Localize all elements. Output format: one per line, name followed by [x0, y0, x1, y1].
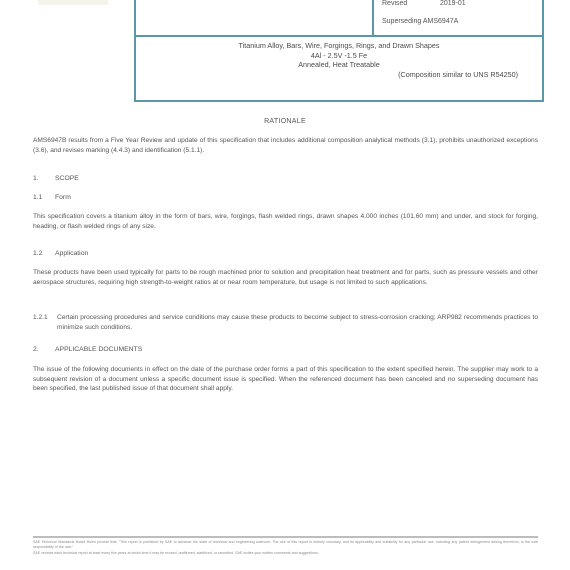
section-1-2-1: 1.2.1 Certain processing procedures and …: [33, 313, 538, 332]
title-line-3: Annealed, Heat Treatable: [136, 60, 542, 70]
section-1-1-heading: 1.1Form: [33, 194, 71, 201]
section-1-2-text: These products have been used typically …: [33, 268, 538, 287]
section-1-1-text: This specification covers a titanium all…: [33, 212, 538, 231]
title-line-4: (Composition similar to UNS R54250): [136, 70, 542, 80]
superseding-row: Superseding AMS6947A: [382, 18, 458, 25]
rationale-heading: RATIONALE: [0, 118, 570, 125]
revised-value: 2019-01: [440, 0, 466, 7]
superseding-label: Superseding: [382, 18, 421, 25]
section-1-2-number: 1.2: [33, 250, 55, 257]
title-line-1: Titanium Alloy, Bars, Wire, Forgings, Ri…: [136, 41, 542, 51]
footer-divider: [33, 536, 538, 538]
section-2-text: The issue of the following documents in …: [33, 365, 538, 394]
header-box: Revised2019-01 Superseding AMS6947A Tita…: [134, 0, 544, 102]
title-line-2: 4Al - 2.5V -1.5 Fe: [136, 51, 542, 61]
revised-label: Revised: [382, 0, 440, 7]
section-1-2-title: Application: [55, 250, 88, 257]
section-2-title: APPLICABLE DOCUMENTS: [55, 346, 142, 353]
section-1-number: 1.: [33, 175, 55, 182]
section-2-number: 2.: [33, 346, 55, 353]
revised-row: Revised2019-01: [382, 0, 466, 7]
document-title: Titanium Alloy, Bars, Wire, Forgings, Ri…: [136, 41, 542, 79]
section-2-heading: 2.APPLICABLE DOCUMENTS: [33, 346, 142, 353]
section-1-2-heading: 1.2Application: [33, 250, 88, 257]
section-1-2-1-text: Certain processing procedures and servic…: [57, 313, 538, 332]
section-1-heading: 1.SCOPE: [33, 175, 79, 182]
section-1-1-title: Form: [55, 194, 71, 201]
sae-logo-fragment: [38, 0, 108, 5]
superseding-value: AMS6947A: [423, 18, 458, 25]
header-top-row: Revised2019-01 Superseding AMS6947A: [136, 0, 542, 37]
document-page: Revised2019-01 Superseding AMS6947A Tita…: [0, 0, 570, 570]
header-divider: [372, 0, 374, 37]
section-1-2-1-number: 1.2.1: [33, 313, 48, 323]
rationale-text: AMS6947B results from a Five Year Review…: [33, 136, 538, 155]
footer-notice-2: SAE reviews each technical report at lea…: [33, 551, 538, 556]
section-1-1-number: 1.1: [33, 194, 55, 201]
section-1-title: SCOPE: [55, 175, 79, 182]
footer-notice-1: SAE Technical Standards Board Rules prov…: [33, 540, 538, 549]
